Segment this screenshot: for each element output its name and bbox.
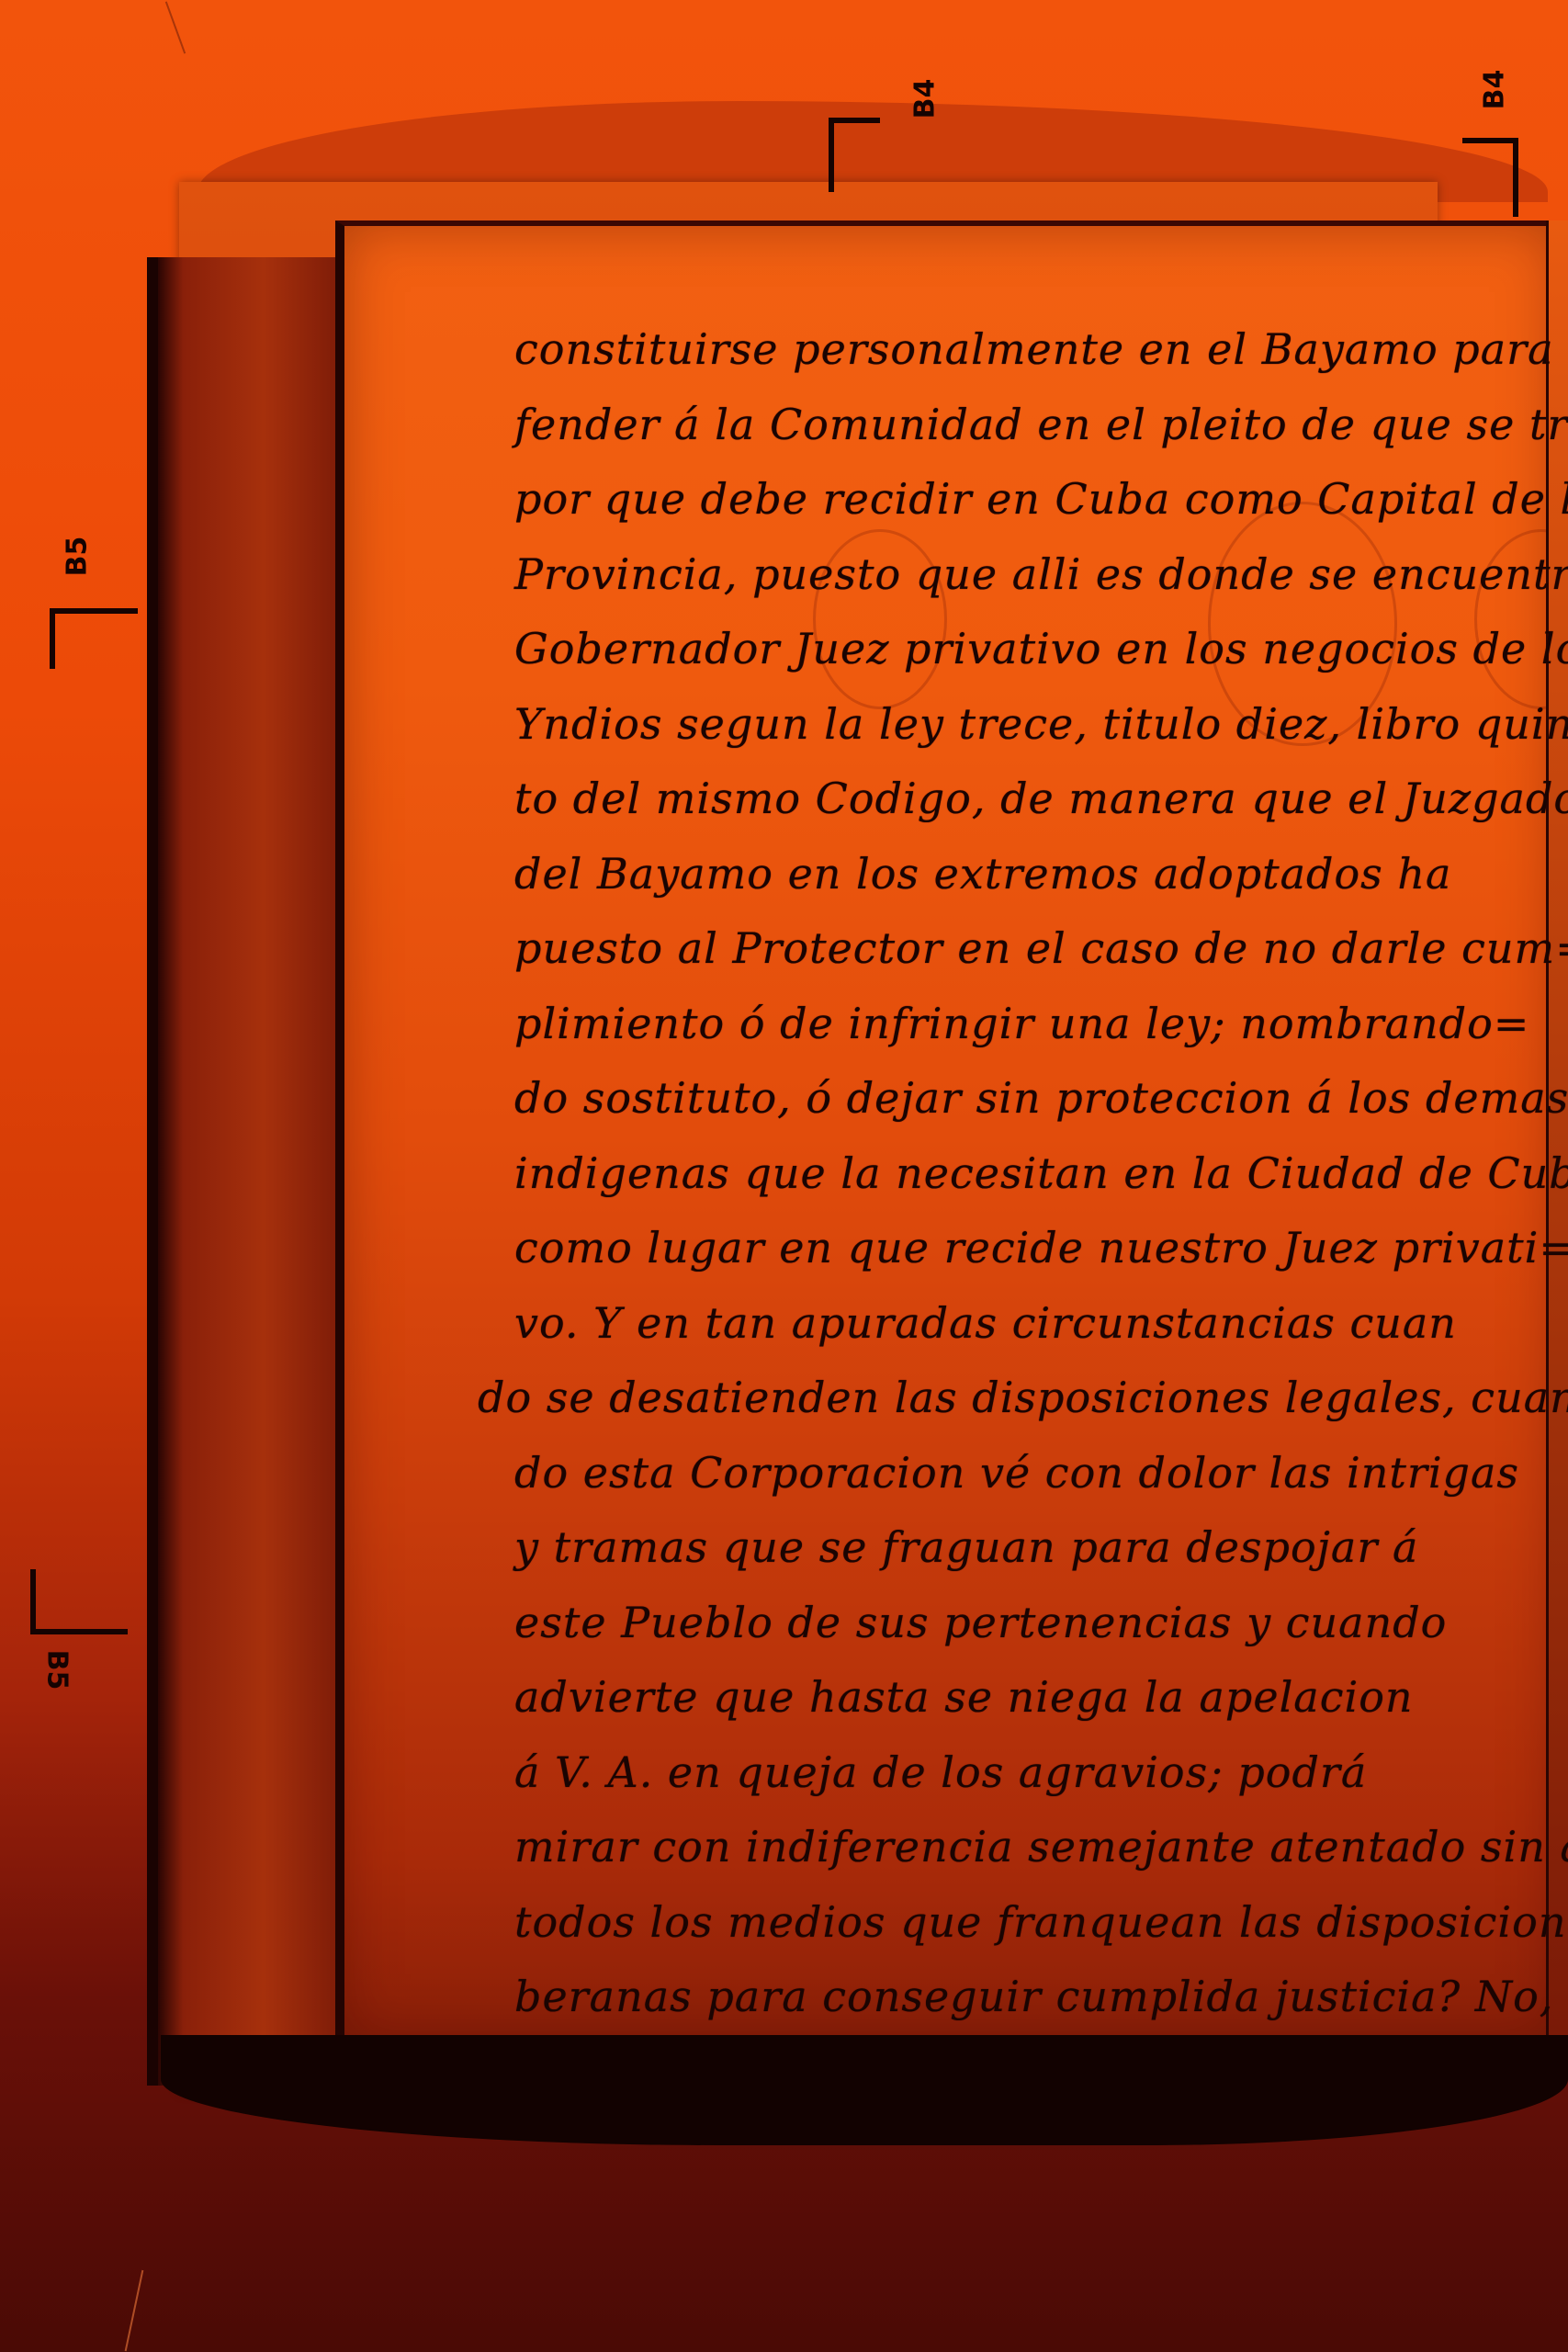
film-scratch	[125, 2270, 144, 2351]
text-line: beranas para conseguir cumplida justicia…	[514, 1960, 1543, 2035]
crop-bracket-top-center	[829, 118, 880, 192]
text-line: vo. Y en tan apuradas circunstancias cua…	[514, 1286, 1543, 1362]
film-marker-left-lower: B5	[40, 1650, 73, 1690]
crop-bracket-left-lower	[30, 1569, 128, 1634]
document-shadow-bottom	[161, 2035, 1568, 2145]
text-line: do se desatienden las disposiciones lega…	[478, 1361, 1543, 1436]
film-scratch	[165, 1, 186, 53]
text-line: por que debe recidir en Cuba como Capita…	[514, 462, 1543, 537]
text-line: Yndios segun la ley trece, titulo diez, …	[514, 687, 1543, 763]
text-line: to del mismo Codigo, de manera que el Ju…	[514, 762, 1543, 837]
text-line: indigenas que la necesitan en la Ciudad …	[514, 1136, 1543, 1212]
film-marker-left-upper: B5	[61, 537, 93, 577]
film-marker-top-right: B4	[1478, 70, 1510, 110]
text-line: Provincia, puesto que alli es donde se e…	[514, 537, 1543, 613]
microfilm-scan: constituirse personalmente en el Bayamo …	[0, 0, 1568, 2352]
text-line: do sostituto, ó dejar sin proteccion á l…	[514, 1061, 1543, 1136]
manuscript-text: constituirse personalmente en el Bayamo …	[514, 312, 1543, 2035]
text-line: este Pueblo de sus pertenencias y cuando	[514, 1586, 1543, 1661]
text-line: todos los medios que franquean las dispo…	[514, 1885, 1543, 1961]
text-line: Gobernador Juez privativo en los negocio…	[514, 612, 1543, 687]
text-line: fender á la Comunidad en el pleito de qu…	[514, 388, 1543, 463]
text-line: constituirse personalmente en el Bayamo …	[514, 312, 1543, 388]
text-line: do esta Corporacion vé con dolor las int…	[514, 1436, 1543, 1511]
text-line: plimiento ó de infringir una ley; nombra…	[514, 987, 1543, 1062]
crop-bracket-left-upper	[50, 608, 138, 669]
text-line: como lugar en que recide nuestro Juez pr…	[514, 1211, 1543, 1286]
text-line: advierte que hasta se niega la apelacion	[514, 1660, 1543, 1736]
text-line: á V. A. en queja de los agravios; podrá	[514, 1736, 1543, 1811]
text-line: y tramas que se fraguan para despojar á	[514, 1510, 1543, 1586]
text-line: mirar con indiferencia semejante atentad…	[514, 1810, 1543, 1885]
crop-bracket-top-right	[1462, 138, 1518, 217]
film-marker-top-center: B4	[908, 79, 941, 119]
text-line: del Bayamo en los extremos adoptados ha	[514, 837, 1543, 912]
text-line: puesto al Protector en el caso de no dar…	[514, 911, 1543, 987]
